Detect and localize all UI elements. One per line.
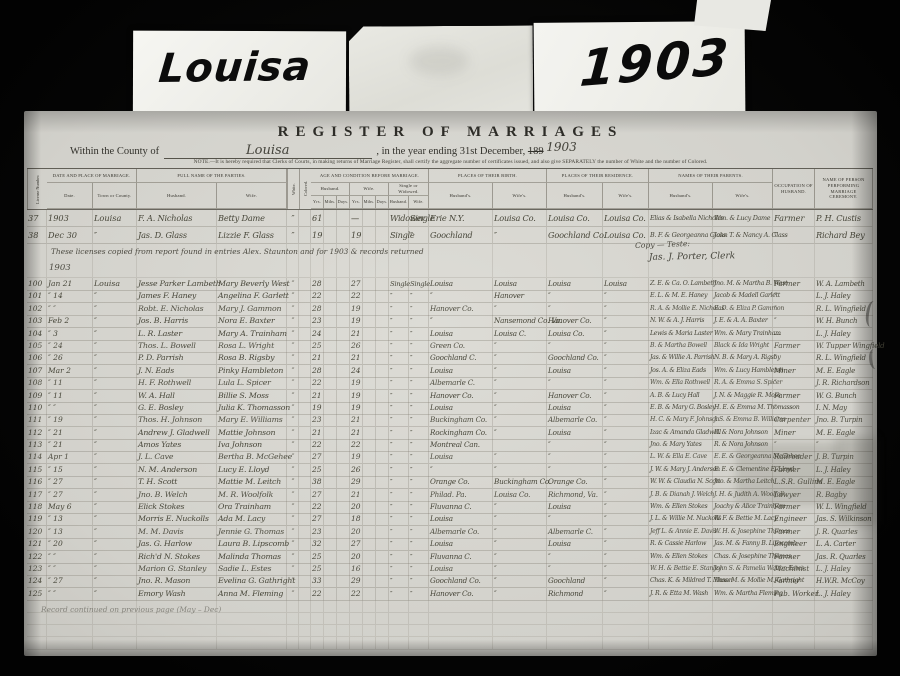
cell-status-wife: ″ <box>409 402 429 415</box>
cell-status-wife: ″ <box>409 290 429 303</box>
cell-age-wife: 24 <box>350 365 363 378</box>
col-mths-w: Mths. <box>363 196 376 209</box>
cell-wife-name: Nora E. Baxter <box>217 315 287 328</box>
cell-age-wife: 19 <box>350 377 363 390</box>
cell-days-husband <box>337 513 350 526</box>
cell-res-wife <box>603 600 649 612</box>
register-row: 113 ″ 21 ″ Amos Yates Iva Johnson ″ 22 2… <box>27 439 873 451</box>
cell-minister: ″ <box>815 439 873 452</box>
cell-birth-wife: ″ <box>493 390 547 403</box>
register-row: 115 ″ 15 ″ N. M. Anderson Lucy E. Lloyd … <box>27 464 873 476</box>
cell-days-wife <box>376 513 389 526</box>
cell-husband-name: Jos. B. Harris <box>137 315 217 328</box>
film-label-county: Louisa <box>157 44 313 92</box>
cell-white-mark: ″ <box>287 489 299 502</box>
cell-status-wife: ″ <box>409 377 429 390</box>
cell-status-husband: ″ <box>389 340 409 353</box>
cell-res-wife: ″ <box>603 414 649 427</box>
cell-birth-husband <box>429 625 493 637</box>
cell-license-no: 103 <box>27 315 47 328</box>
cell-wife-name: Rosa B. Rigsby <box>217 352 287 365</box>
cell-days-wife <box>376 315 389 328</box>
page-title: REGISTER OF MARRIAGES <box>24 124 877 141</box>
cell-husband-name: Jesse Parker Lambeth <box>137 278 217 291</box>
cell-date: Feb 2 <box>47 315 93 328</box>
cell-res-wife: ″ <box>603 451 649 464</box>
cell-mths-wife <box>363 414 376 427</box>
cell-parents-wife: J. H. & Judith A. Woolfolk <box>713 489 773 502</box>
cell-mths-wife <box>363 464 376 477</box>
cell-license-no <box>27 625 47 637</box>
cell-days-wife <box>376 538 389 551</box>
col-mths-h: Mths. <box>324 196 337 209</box>
cell-county: ″ <box>93 365 137 378</box>
cell-county: ″ <box>93 476 137 489</box>
cell-license-no: 110 <box>27 402 47 415</box>
cell-license-no: 123 <box>27 563 47 576</box>
cell-status-husband: ″ <box>389 476 409 489</box>
cell-date: ″ ″ <box>47 551 93 564</box>
col-group-parents: NAMES OF THEIR PARENTS. <box>649 169 773 183</box>
form-note: NOTE.—It is hereby required that Clerks … <box>28 159 873 165</box>
cell-colored-mark <box>299 414 311 427</box>
cell-status-husband: ″ <box>389 377 409 390</box>
register-row <box>27 625 873 637</box>
cell-husband-name: F. A. Nicholas <box>137 210 217 227</box>
cell-age-husband: 33 <box>311 575 324 588</box>
cell-date: ″ 13 <box>47 526 93 539</box>
cell-days-husband <box>337 575 350 588</box>
cell-status-wife: ″ <box>409 315 429 328</box>
cell-colored-mark <box>299 227 311 244</box>
cell-mths-wife <box>363 328 376 341</box>
cell-mths-wife <box>363 340 376 353</box>
cell-county: ″ <box>93 414 137 427</box>
county-line-prefix: Within the County of <box>70 146 159 157</box>
cell-county: ″ <box>93 340 137 353</box>
cell-days-husband <box>337 340 350 353</box>
cell-age-husband: 27 <box>311 489 324 502</box>
cell-minister: M. E. Eagle <box>815 476 873 489</box>
cell-age-husband: 25 <box>311 563 324 576</box>
cell-wife-name: Rosa L. Wright <box>217 340 287 353</box>
cell-age-wife: 21 <box>350 427 363 440</box>
cell-occupation: ″ <box>773 290 815 303</box>
cell-days-wife <box>376 377 389 390</box>
cell-birth-husband: Louisa <box>429 563 493 576</box>
cell-res-husband: Goochland Co. <box>547 227 603 244</box>
cell-parents-husband: Jeff L. & Annie E. Davis <box>649 526 713 539</box>
cell-white-mark: ″ <box>287 365 299 378</box>
cell-res-wife: ″ <box>603 290 649 303</box>
cell-white-mark: ″ <box>287 427 299 440</box>
cell-date: ″ 11 <box>47 390 93 403</box>
cell-parents-wife: W. F. & Bettie M. Lacy <box>713 513 773 526</box>
cell-license-no: 119 <box>27 513 47 526</box>
cell-res-husband: Louisa <box>547 501 603 514</box>
cell-minister: L. J. Haley <box>815 563 873 576</box>
register-row: 109 ″ 11 ″ W. A. Hall Billie S. Moss ″ 2… <box>27 390 873 402</box>
cell-county: ″ <box>93 390 137 403</box>
cell-res-wife: ″ <box>603 439 649 452</box>
cell-white-mark: ″ <box>287 278 299 291</box>
cell-birth-husband: Fluvanna C. <box>429 551 493 564</box>
cell-birth-wife: ″ <box>493 340 547 353</box>
cell-mths-husband <box>324 637 337 649</box>
cell-license-no: 102 <box>27 303 47 316</box>
cell-age-husband: 28 <box>311 303 324 316</box>
cell-occupation: ″ <box>773 352 815 365</box>
cell-mths-wife <box>363 377 376 390</box>
cell-wife-name: Mattie Johnson <box>217 427 287 440</box>
cell-age-wife: 21 <box>350 489 363 502</box>
cell-birth-wife <box>493 600 547 612</box>
cell-days-wife <box>376 352 389 365</box>
cell-mths-husband <box>324 575 337 588</box>
cell-mths-wife <box>363 625 376 637</box>
cell-days-wife <box>376 464 389 477</box>
cell-occupation <box>773 600 815 612</box>
cell-birth-wife <box>493 637 547 649</box>
col-status-wife: Wife. <box>409 196 429 209</box>
cell-license-no: 114 <box>27 451 47 464</box>
cell-wife-name <box>217 613 287 625</box>
cell-status-wife: ″ <box>409 588 429 601</box>
cell-birth-husband: Hanover Co. <box>429 390 493 403</box>
cell-status-husband: ″ <box>389 290 409 303</box>
cell-white-mark: ″ <box>287 402 299 415</box>
cell-mths-wife <box>363 575 376 588</box>
cell-days-husband <box>337 464 350 477</box>
cell-date: ″ 27 <box>47 476 93 489</box>
cell-mths-husband <box>324 414 337 427</box>
cell-res-husband: Louisa Co. <box>547 328 603 341</box>
cell-parents-wife: Wm. & Mary Trainham <box>713 328 773 341</box>
film-label-county-card: Louisa <box>133 31 346 118</box>
cell-mths-husband <box>324 390 337 403</box>
cell-county: ″ <box>93 377 137 390</box>
cell-status-husband: ″ <box>389 414 409 427</box>
cell-county: ″ <box>93 227 137 244</box>
cell-colored-mark <box>299 563 311 576</box>
cell-birth-wife: ″ <box>493 227 547 244</box>
cell-mths-husband <box>324 427 337 440</box>
cell-days-husband <box>337 328 350 341</box>
cell-county: ″ <box>93 290 137 303</box>
cell-mths-wife <box>363 303 376 316</box>
cell-birth-husband: Orange Co. <box>429 476 493 489</box>
cell-mths-wife <box>363 439 376 452</box>
cell-status-wife: ″ <box>409 538 429 551</box>
cell-wife-name: Lucy E. Lloyd <box>217 464 287 477</box>
register-row: 122 ″ ″ ″ Rich'd N. Stokes Malinda Thoma… <box>27 551 873 563</box>
cell-status-husband: ″ <box>389 352 409 365</box>
cell-status-wife: Single <box>409 210 429 227</box>
cell-days-wife <box>376 600 389 612</box>
register-row <box>27 637 873 649</box>
cell-license-no: 120 <box>27 526 47 539</box>
cell-county: ″ <box>93 352 137 365</box>
cell-status-husband <box>389 600 409 612</box>
col-husband-name: Husband. <box>137 183 217 209</box>
cell-res-husband: Louisa <box>547 402 603 415</box>
copy-teste: Copy — Teste: <box>635 239 690 250</box>
cell-age-wife <box>350 625 363 637</box>
cell-county: ″ <box>93 588 137 601</box>
cell-license-no: 107 <box>27 365 47 378</box>
cell-days-wife <box>376 526 389 539</box>
cell-county: ″ <box>93 538 137 551</box>
cell-age-wife: 29 <box>350 476 363 489</box>
cell-license-no: 121 <box>27 538 47 551</box>
cell-days-wife <box>376 402 389 415</box>
cell-mths-husband <box>324 551 337 564</box>
cell-colored-mark <box>299 501 311 514</box>
cell-colored-mark <box>299 575 311 588</box>
cell-birth-wife: Louisa Co. <box>493 489 547 502</box>
cell-date <box>47 613 93 625</box>
register-row: 105 ″ 24 ″ Thos. L. Bowell Rosa L. Wrigh… <box>27 340 873 352</box>
col-group-status: Single or Widowed. <box>389 183 429 196</box>
cell-parents-husband: E. L. & M. E. Haney <box>649 290 713 303</box>
cell-res-husband <box>547 613 603 625</box>
register-row: 116 ″ 27 ″ T. H. Scott Mattie M. Leitch … <box>27 476 873 488</box>
cell-mths-wife <box>363 352 376 365</box>
cell-age-wife: 19 <box>350 390 363 403</box>
cell-colored-mark <box>299 402 311 415</box>
cell-res-wife <box>603 625 649 637</box>
cell-wife-name <box>217 625 287 637</box>
cell-res-wife: ″ <box>603 464 649 477</box>
cell-occupation: Farmer <box>773 526 815 539</box>
cell-parents-wife <box>713 625 773 637</box>
cell-age-wife <box>350 613 363 625</box>
cell-status-husband: ″ <box>389 427 409 440</box>
film-label-year-card: 1903 <box>534 21 746 113</box>
cell-date: ″ 27 <box>47 489 93 502</box>
cell-age-wife: 22 <box>350 439 363 452</box>
cell-wife-name: Julia K. Thomasson <box>217 402 287 415</box>
cell-county: ″ <box>93 526 137 539</box>
cell-parents-wife <box>713 637 773 649</box>
cell-days-wife <box>376 489 389 502</box>
cell-mths-husband <box>324 402 337 415</box>
register-row: 111 ″ 19 ″ Thos. H. Johnson Mary E. Will… <box>27 414 873 426</box>
cell-wife-name: Bertha B. McGehee <box>217 451 287 464</box>
cell-birth-husband: Hanover Co. <box>429 588 493 601</box>
cell-mths-husband <box>324 600 337 612</box>
copy-note-text: These licenses copied from report found … <box>51 247 651 256</box>
col-group-names: FULL NAME OF THE PARTIES. <box>137 169 287 183</box>
cell-parents-husband: H. C. & Mary F. Johnson <box>649 414 713 427</box>
cell-occupation: Railroader <box>773 451 815 464</box>
cell-parents-husband: Lewis & Maria Laster <box>649 328 713 341</box>
cell-status-husband: ″ <box>389 513 409 526</box>
cell-res-wife: ″ <box>603 489 649 502</box>
cell-days-wife <box>376 551 389 564</box>
cell-status-wife <box>409 613 429 625</box>
cell-license-no: 113 <box>27 439 47 452</box>
cell-mths-wife <box>363 600 376 612</box>
cell-colored-mark <box>299 600 311 612</box>
cell-county: ″ <box>93 427 137 440</box>
cell-occupation <box>773 244 815 278</box>
copy-note-block: These licenses copied from report found … <box>27 244 873 278</box>
cell-age-husband: 22 <box>311 377 324 390</box>
cell-days-husband <box>337 476 350 489</box>
cell-age-husband: 25 <box>311 464 324 477</box>
cell-res-husband: Goochland <box>547 575 603 588</box>
cell-colored-mark <box>299 538 311 551</box>
cell-birth-husband: Louisa <box>429 402 493 415</box>
cell-license-no: 117 <box>27 489 47 502</box>
cell-birth-husband: ″ <box>429 290 493 303</box>
cell-parents-wife: John T. & Nancy A. Glass <box>713 227 773 244</box>
cell-license-no: 100 <box>27 278 47 291</box>
cell-white-mark: ″ <box>287 439 299 452</box>
cell-husband-name: Robt. E. Nicholas <box>137 303 217 316</box>
cell-white-mark: ″ <box>287 328 299 341</box>
year-heading: 1903 <box>49 263 71 273</box>
cell-county: ″ <box>93 513 137 526</box>
register-row <box>27 613 873 625</box>
cell-status-husband: ″ <box>389 365 409 378</box>
cell-mths-husband <box>324 526 337 539</box>
cell-age-husband: 28 <box>311 365 324 378</box>
cell-occupation: Farmer <box>773 551 815 564</box>
cell-mths-husband <box>324 303 337 316</box>
cell-white-mark <box>287 600 299 612</box>
cell-date: ″ 20 <box>47 538 93 551</box>
col-days-w: Days. <box>376 196 389 209</box>
cell-parents-husband: J. L. & Willie M. Nuckolls <box>649 513 713 526</box>
cell-mths-husband <box>324 328 337 341</box>
cell-colored-mark <box>299 526 311 539</box>
cell-mths-wife <box>363 637 376 649</box>
cell-parents-husband: N. W. & A. J. Harris <box>649 315 713 328</box>
cell-birth-husband: Hanover Co. <box>429 303 493 316</box>
cell-date: ″ 21 <box>47 439 93 452</box>
cell-license-no <box>27 244 47 278</box>
cell-res-wife: ″ <box>603 402 649 415</box>
cell-mths-wife <box>363 451 376 464</box>
cell-colored-mark <box>299 377 311 390</box>
cell-age-wife: 20 <box>350 526 363 539</box>
col-white: White. <box>287 169 299 209</box>
register-row: 100 Jan 21 Louisa Jesse Parker Lambeth M… <box>27 278 873 290</box>
cell-wife-name: Pinky Hambleton <box>217 365 287 378</box>
cell-colored-mark <box>299 315 311 328</box>
cell-husband-name: M. M. Davis <box>137 526 217 539</box>
cell-res-wife: ″ <box>603 427 649 440</box>
cell-birth-wife: ″ <box>493 551 547 564</box>
register-row: 118 May 6 ″ Elick Stokes Ora Trainham ″ … <box>27 501 873 513</box>
table-tail: Record continued on previous page (May –… <box>27 600 873 650</box>
cell-age-husband: 21 <box>311 427 324 440</box>
cell-wife-name: Anna M. Fleming <box>217 588 287 601</box>
cell-white-mark: ″ <box>287 476 299 489</box>
cell-county: ″ <box>93 328 137 341</box>
cell-minister: M. E. Eagle <box>815 427 873 440</box>
register-row: 101 ″ 14 ″ James F. Haney Angelina F. Ga… <box>27 290 873 302</box>
cell-parents-husband: Z. E. & Ca. O. Lambeth <box>649 278 713 291</box>
cell-birth-husband: Montreal Can. <box>429 439 493 452</box>
cell-status-wife <box>409 600 429 612</box>
cell-white-mark: ″ <box>287 340 299 353</box>
cell-res-husband <box>547 600 603 612</box>
cell-status-husband: ″ <box>389 390 409 403</box>
cell-husband-name <box>137 625 217 637</box>
cell-res-wife: ″ <box>603 538 649 551</box>
cell-colored-mark <box>299 278 311 291</box>
cell-wife-name: Lula L. Spicer <box>217 377 287 390</box>
cell-occupation <box>773 613 815 625</box>
cell-parents-husband: W. H. & Bettie E. Stanley <box>649 563 713 576</box>
cell-occupation: Engineer <box>773 513 815 526</box>
cell-mths-husband <box>324 451 337 464</box>
cell-days-husband <box>337 501 350 514</box>
register-table: License Number. DATE AND PLACE OF MARRIA… <box>27 168 873 650</box>
cell-mths-wife <box>363 588 376 601</box>
cell-minister: P. H. Custis <box>815 210 873 227</box>
cell-days-husband <box>337 365 350 378</box>
cell-parents-wife: N. B. & Mary A. Rigsby <box>713 352 773 365</box>
written-year: 1903 <box>546 140 577 154</box>
register-row: 108 ″ 11 ″ H. F. Rothwell Lula L. Spicer… <box>27 377 873 389</box>
cell-mths-wife <box>363 501 376 514</box>
cell-birth-husband: Philad. Pa. <box>429 489 493 502</box>
register-row: 120 ″ 13 ″ M. M. Davis Jennie G. Thomas … <box>27 526 873 538</box>
cell-age-wife: 21 <box>350 328 363 341</box>
cell-colored-mark <box>299 303 311 316</box>
col-yrs-h: Yrs. <box>311 196 324 209</box>
cell-wife-name: Mary A. Trainham <box>217 328 287 341</box>
cell-mths-husband <box>324 489 337 502</box>
cell-status-husband: ″ <box>389 538 409 551</box>
cell-date: Dec 30 <box>47 227 93 244</box>
cell-days-husband <box>337 563 350 576</box>
cell-days-wife <box>376 588 389 601</box>
cell-colored-mark <box>299 365 311 378</box>
cell-white-mark: ″ <box>287 563 299 576</box>
cell-mths-wife <box>363 365 376 378</box>
cell-res-wife: ″ <box>603 588 649 601</box>
cell-white-mark: ″ <box>287 303 299 316</box>
cell-days-wife <box>376 340 389 353</box>
cell-white-mark: ″ <box>287 501 299 514</box>
col-town: Town or County. <box>93 183 137 209</box>
cell-county <box>93 637 137 649</box>
cell-age-wife: 22 <box>350 290 363 303</box>
cell-minister: W. H. Bunch <box>815 315 873 328</box>
cell-age-husband: 23 <box>311 414 324 427</box>
cell-minister: Jas. S. Wilkinson <box>815 513 873 526</box>
cell-age-husband: 23 <box>311 315 324 328</box>
cell-license-no: 124 <box>27 575 47 588</box>
cell-days-husband <box>337 526 350 539</box>
cell-occupation: ″ <box>773 402 815 415</box>
cell-mths-husband <box>324 210 337 227</box>
cell-res-husband: Goochland Co. <box>547 352 603 365</box>
cell-age-wife <box>350 600 363 612</box>
cell-mths-husband <box>324 315 337 328</box>
table-header: License Number. DATE AND PLACE OF MARRIA… <box>27 168 873 210</box>
cell-age-husband: 22 <box>311 290 324 303</box>
cell-age-wife: — <box>350 210 363 227</box>
cell-husband-name: Marion G. Stanley <box>137 563 217 576</box>
cell-mths-husband <box>324 290 337 303</box>
cell-minister: Jno. B. Turpin <box>815 414 873 427</box>
